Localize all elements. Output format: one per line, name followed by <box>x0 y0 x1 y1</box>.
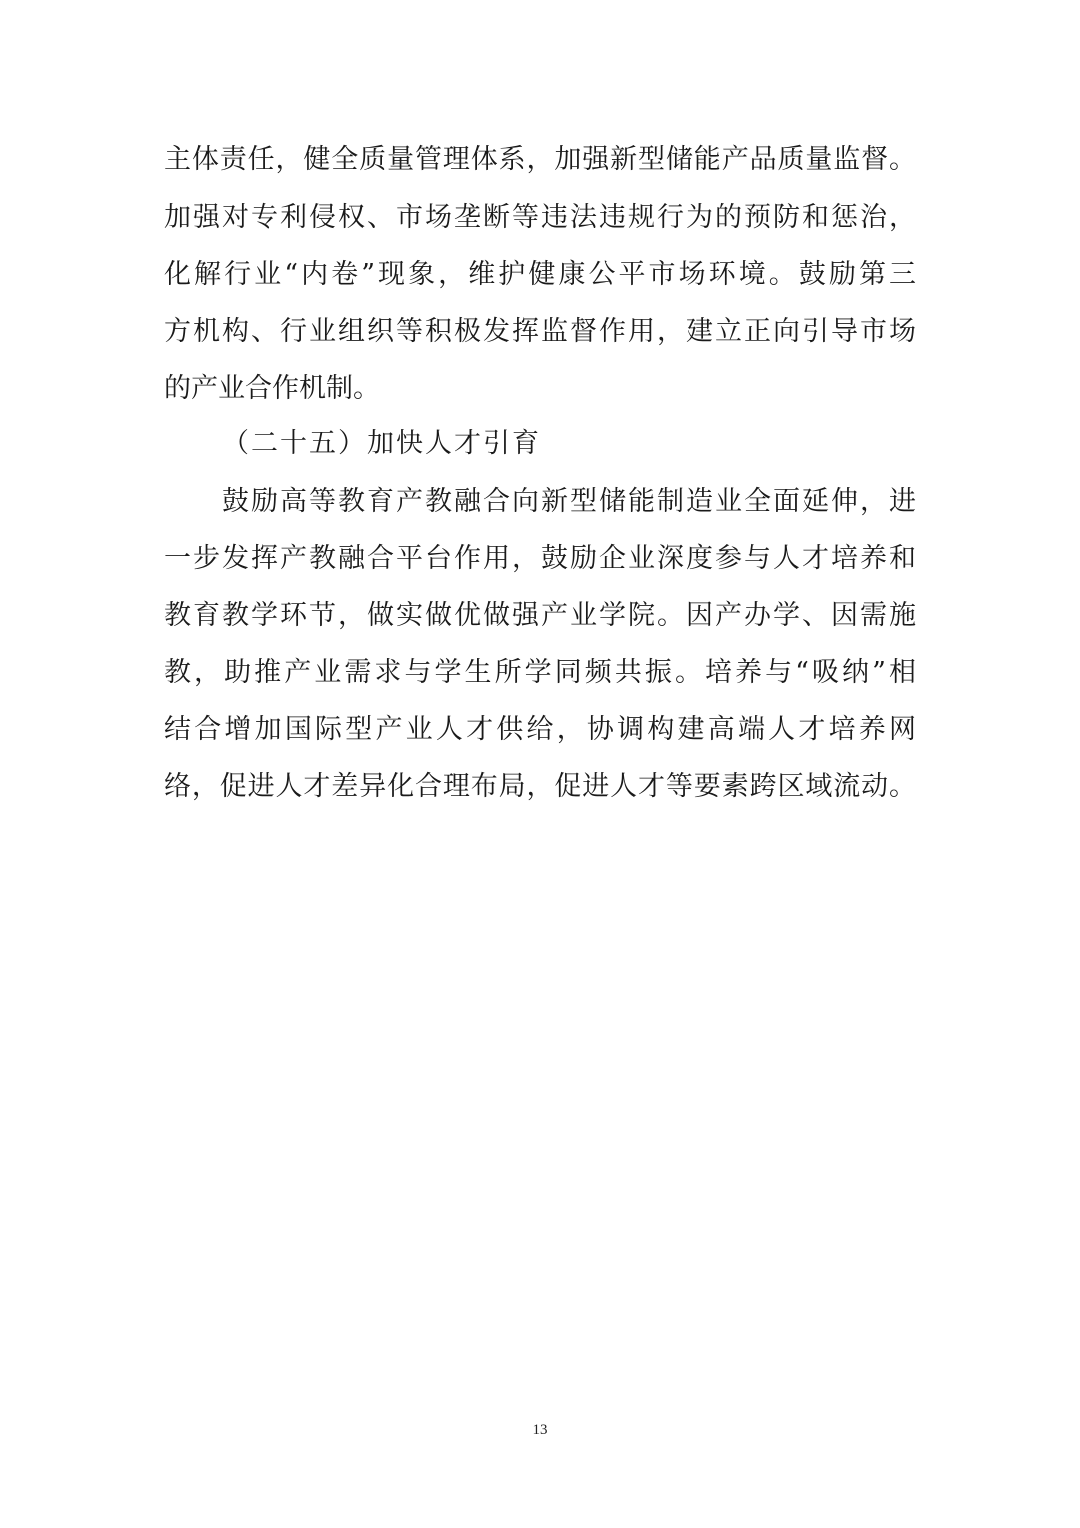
paragraph-1-line-4: 方机构、行业组织等积极发挥监督作用，建立正向引导市场 <box>164 312 916 352</box>
paragraph-1-line-5: 的产业合作机制。 <box>164 369 916 409</box>
paragraph-2-line-3: 教育教学环节，做实做优做强产业学院。因产办学、因需施 <box>164 596 916 636</box>
paragraph-2-line-4: 教，助推产业需求与学生所学同频共振。培养与“吸纳”相 <box>164 653 916 693</box>
paragraph-2-line-2: 一步发挥产教融合平台作用，鼓励企业深度参与人才培养和 <box>164 539 916 579</box>
section-heading: （二十五）加快人才引育 <box>222 424 541 464</box>
paragraph-2-line-5: 结合增加国际型产业人才供给，协调构建高端人才培养网 <box>164 710 916 750</box>
paragraph-1-line-2: 加强对专利侵权、市场垄断等违法违规行为的预防和惩治， <box>164 198 916 238</box>
paragraph-2-line-6: 络，促进人才差异化合理布局，促进人才等要素跨区域流动。 <box>164 767 916 807</box>
document-page: 主体责任，健全质量管理体系，加强新型储能产品质量监督。 加强对专利侵权、市场垄断… <box>0 0 1080 1528</box>
paragraph-1-line-3: 化解行业“内卷”现象，维护健康公平市场环境。鼓励第三 <box>164 255 916 295</box>
paragraph-2-line-1: 鼓励高等教育产教融合向新型储能制造业全面延伸，进 <box>222 482 916 522</box>
paragraph-1-line-1: 主体责任，健全质量管理体系，加强新型储能产品质量监督。 <box>164 140 916 180</box>
page-number: 13 <box>0 1422 1080 1439</box>
